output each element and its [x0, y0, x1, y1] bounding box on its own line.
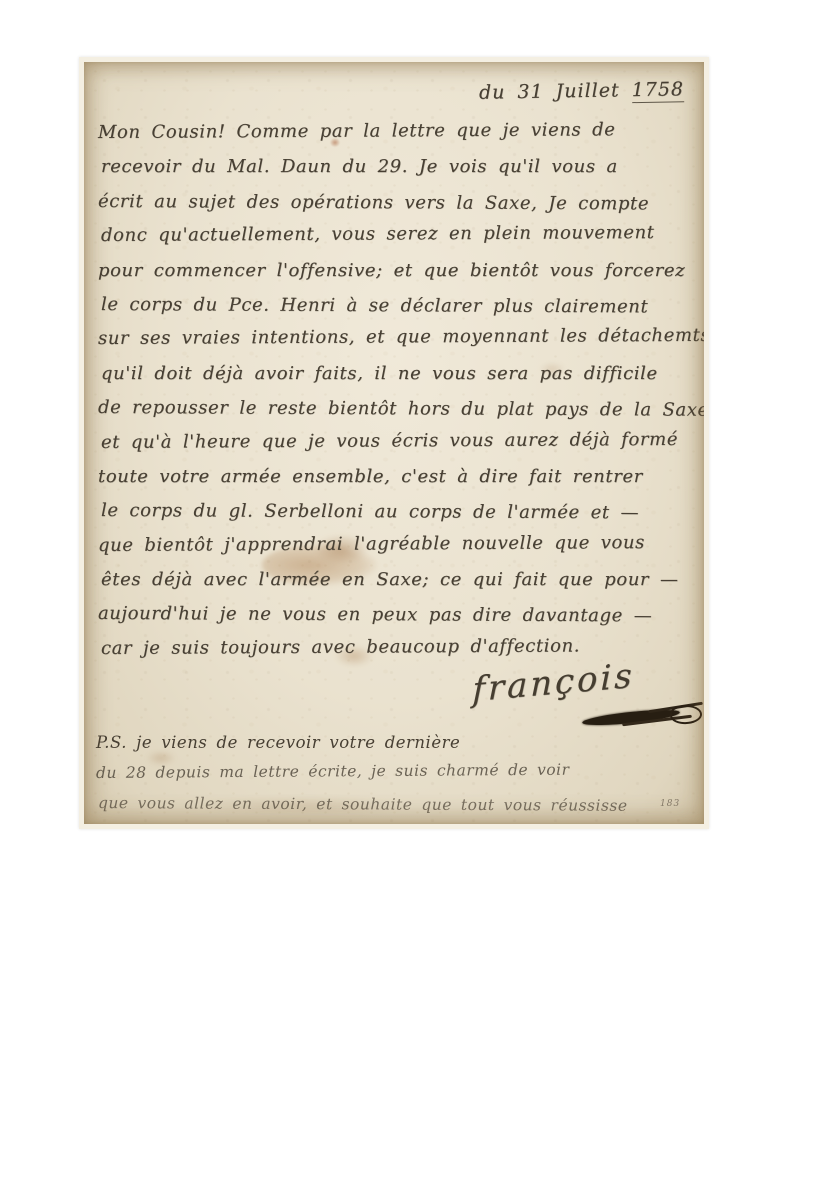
page-background: du 31 Juillet 1758 Mon Cousin! Comme par… [0, 0, 819, 1197]
postscript-line: que vous allez en avoir, et souhaite que… [96, 788, 694, 821]
letter-line: et qu'à l'heure que je vous écris vous a… [98, 422, 698, 460]
postscript-line: du 28 depuis ma lettre écrite, je suis c… [96, 754, 694, 788]
letter-body: Mon Cousin! Comme par la lettre que je v… [98, 116, 698, 666]
corner-mark: 183 [660, 799, 680, 809]
date-prefix: du 31 Juillet [479, 79, 632, 104]
letter-line: pour commencer l'offensive; et que bient… [98, 254, 698, 288]
postscript: P.S. je viens de recevoir votre dernière… [96, 728, 694, 818]
letter-line: donc qu'actuellement, vous serez en plei… [98, 216, 698, 254]
date-line: du 31 Juillet 1758 [479, 78, 684, 104]
letter-line: qu'il doit déjà avoir faits, il ne vous … [98, 357, 698, 391]
ink-blot-loop [669, 704, 703, 726]
letter-line: êtes déjà avec l'armée en Saxe; ce qui f… [98, 563, 698, 597]
letter-line: toute votre armée ensemble, c'est à dire… [98, 460, 698, 494]
letter-line: sur ses vraies intentions, et que moyenn… [98, 319, 698, 357]
letter-paper: du 31 Juillet 1758 Mon Cousin! Comme par… [84, 62, 704, 824]
letter-line: que bientôt j'apprendrai l'agréable nouv… [98, 526, 698, 564]
ink-blot-strikethrough [582, 703, 704, 729]
date-year-underlined: 1758 [631, 78, 684, 103]
manuscript-photo: du 31 Juillet 1758 Mon Cousin! Comme par… [79, 57, 709, 829]
letter-line: recevoir du Mal. Daun du 29. Je vois qu'… [98, 150, 698, 184]
letter-line: Mon Cousin! Comme par la lettre que je v… [98, 113, 698, 151]
